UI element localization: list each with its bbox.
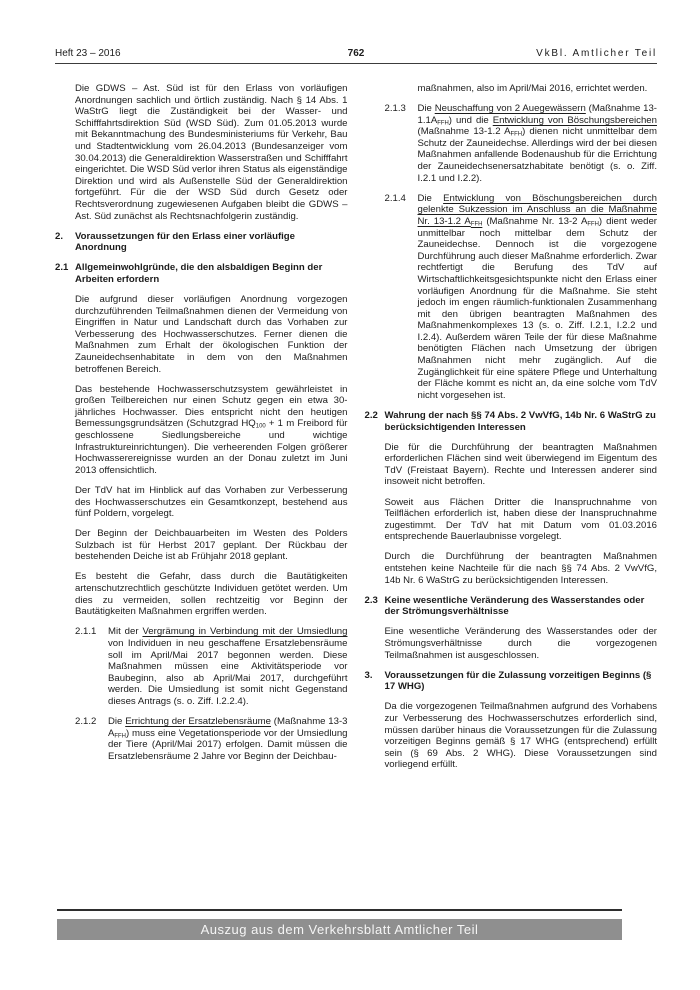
text-segment: Die <box>418 103 435 114</box>
subscript-text: FFH <box>114 733 126 739</box>
paragraph-teilmassnahmen: Die aufgrund dieser vorläufigen Anordnun… <box>75 294 348 375</box>
section-title: Allgemeinwohlgründe, die den alsbaldigen… <box>75 262 348 285</box>
text-segment: von Individuen in neu geschaffene Ersatz… <box>108 638 348 707</box>
subscript-text: FFH <box>511 132 523 138</box>
list-item-2-1-3: 2.1.3 Die Neuschaffung von 2 Auegewässer… <box>385 103 658 184</box>
text-segment: ) muss eine Vegetationsperiode vor der U… <box>108 728 348 762</box>
section-heading-2-2: 2.2 Wahrung der nach §§ 74 Abs. 2 VwVfG,… <box>365 410 658 433</box>
text-segment: Die <box>418 193 444 204</box>
text-segment: ) und die <box>449 115 493 126</box>
text-segment: Die <box>108 716 125 727</box>
section-number: 2.1 <box>55 262 75 285</box>
header-journal-title: VkBl. Amtlicher Teil <box>364 48 657 60</box>
paragraph-flaechen: Die für die Durchführung der beantragten… <box>385 442 658 488</box>
footer-banner: Auszug aus dem Verkehrsblatt Amtlicher T… <box>57 919 622 940</box>
section-heading-2-1: 2.1 Allgemeinwohlgründe, die den alsbald… <box>55 262 348 285</box>
item-number: 2.1.1 <box>75 626 101 707</box>
item-number: 2.1.4 <box>385 193 411 402</box>
paragraph-nachteile: Durch die Durchführung der beantragten M… <box>385 551 658 586</box>
paragraph-tdv-gesamtkonzept: Der TdV hat im Hinblick auf das Vorhaben… <box>75 485 348 520</box>
header-issue: Heft 23 – 2016 <box>55 48 348 60</box>
underlined-text: Vergrämung in Verbindung mit der Umsiedl… <box>142 626 347 637</box>
section-title: Voraussetzungen für die Zulassung vorzei… <box>385 670 658 693</box>
section-title: Wahrung der nach §§ 74 Abs. 2 VwVfG, 14b… <box>385 410 658 433</box>
document-page: Heft 23 – 2016 762 VkBl. Amtlicher Teil … <box>0 0 700 990</box>
header-page-number: 762 <box>348 48 365 60</box>
text-segment: ) dient weder unmittelbar noch mittelbar… <box>418 216 658 401</box>
subscript-text: FFH <box>437 120 449 126</box>
list-item-2-1-2: 2.1.2 Die Errichtung der Ersatzlebensräu… <box>75 716 348 762</box>
section-heading-3: 3. Voraussetzungen für die Zulassung vor… <box>365 670 658 693</box>
text-segment: (Maßnahme Nr. 13-2 A <box>482 216 587 227</box>
underlined-text: FFH <box>471 221 483 227</box>
paragraph-gefahr: Es besteht die Gefahr, dass durch die Ba… <box>75 571 348 617</box>
page-content: Die GDWS – Ast. Süd ist für den Erlass v… <box>55 83 657 907</box>
section-number: 2. <box>55 231 75 254</box>
section-number: 3. <box>365 670 385 693</box>
subscript-text: FFH <box>587 221 599 227</box>
paragraph-continuation: maßnahmen, also im April/Mai 2016, erric… <box>418 83 658 95</box>
item-text: Die Neuschaffung von 2 Auegewässern (Maß… <box>418 103 658 184</box>
underlined-text: Neuschaffung von 2 Auegewässern <box>435 103 586 114</box>
section-title: Voraussetzungen für den Erlass einer vor… <box>75 231 348 254</box>
paragraph-gdws: Die GDWS – Ast. Süd ist für den Erlass v… <box>75 83 348 222</box>
section-title: Keine wesentliche Veränderung des Wasser… <box>385 595 658 618</box>
item-text: Die Errichtung der Ersatzlebensräume (Ma… <box>108 716 348 762</box>
list-item-2-1-1: 2.1.1 Mit der Vergrämung in Verbindung m… <box>75 626 348 707</box>
list-item-2-1-4: 2.1.4 Die Entwicklung von Böschungsberei… <box>385 193 658 402</box>
subscript-text: 100 <box>256 424 266 430</box>
left-column: Die GDWS – Ast. Süd ist für den Erlass v… <box>55 83 348 907</box>
section-heading-2: 2. Voraussetzungen für den Erlass einer … <box>55 231 348 254</box>
right-column: maßnahmen, also im April/Mai 2016, erric… <box>365 83 658 907</box>
section-number: 2.3 <box>365 595 385 618</box>
underlined-text: Entwicklung von Böschungsbereichen <box>493 115 657 126</box>
paragraph-hochwasserschutzsystem: Das bestehende Hochwasserschutzsystem ge… <box>75 384 348 477</box>
text-segment: (Maßnahme 13-1.2 A <box>418 126 511 137</box>
header-rule <box>55 63 657 64</box>
page-header: Heft 23 – 2016 762 VkBl. Amtlicher Teil <box>55 48 657 60</box>
banner-text: Auszug aus dem Verkehrsblatt Amtlicher T… <box>201 922 479 937</box>
paragraph-whg: Da die vorgezogenen Teilmaßnahmen aufgru… <box>385 701 658 771</box>
item-number: 2.1.2 <box>75 716 101 762</box>
item-text: Die Entwicklung von Böschungsbereichen d… <box>418 193 658 402</box>
paragraph-deichbau-beginn: Der Beginn der Deichbauarbeiten im Weste… <box>75 528 348 563</box>
text-segment: Mit der <box>108 626 142 637</box>
item-text: Mit der Vergrämung in Verbindung mit der… <box>108 626 348 707</box>
section-heading-2-3: 2.3 Keine wesentliche Veränderung des Wa… <box>365 595 658 618</box>
paragraph-dritter: Soweit aus Flächen Dritter die Inanspruc… <box>385 497 658 543</box>
underlined-text: Errichtung der Ersatzlebensräume <box>125 716 271 727</box>
section-number: 2.2 <box>365 410 385 433</box>
item-number: 2.1.3 <box>385 103 411 184</box>
paragraph-veraenderung: Eine wesentliche Veränderung des Wassers… <box>385 626 658 661</box>
footer-rule <box>57 909 622 911</box>
